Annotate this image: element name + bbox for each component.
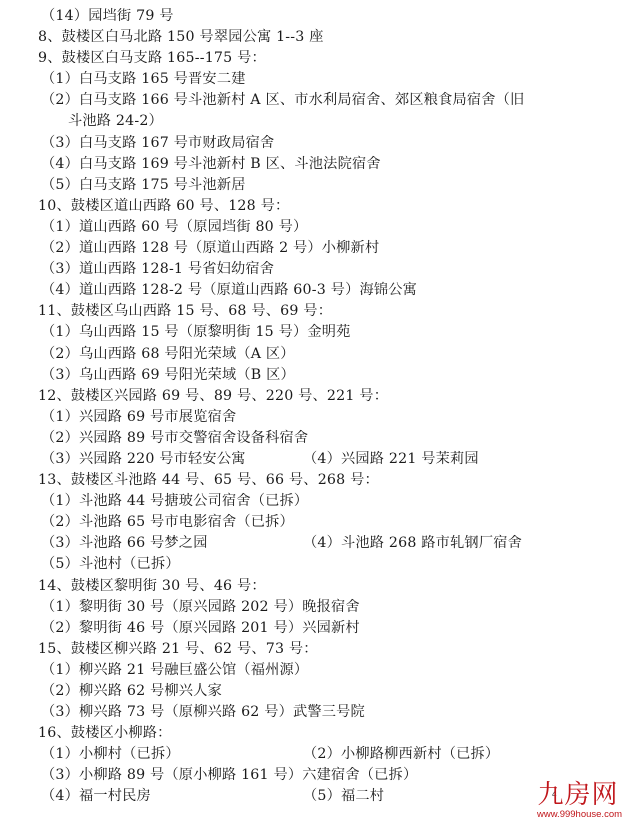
line-text: （1）兴园路 69 号市展览宿舍 xyxy=(41,409,236,425)
list-item: （3）小柳路 89 号（原小柳路 161 号）六建宿舍（已拆） xyxy=(0,765,625,786)
list-item: （1）兴园路 69 号市展览宿舍 xyxy=(0,407,625,428)
line-text: （4）白马支路 169 号斗池新村 B 区、斗池法院宿舍 xyxy=(41,156,381,172)
line-text: （3）道山西路 128-1 号省妇幼宿舍 xyxy=(41,261,274,277)
list-item: （2）柳兴路 62 号柳兴人家 xyxy=(0,681,625,702)
section-heading: 16、鼓楼区小柳路： xyxy=(0,723,625,744)
list-item: （3）斗池路 66 号梦之园（4）斗池路 268 路市轧钢厂宿舍 xyxy=(0,533,625,554)
line-text: （3）白马支路 167 号市财政局宿舍 xyxy=(41,135,274,151)
list-item: （1）道山西路 60 号（原园垱街 80 号） xyxy=(0,217,625,238)
section-heading: 14、鼓楼区黎明街 30 号、46 号： xyxy=(0,576,625,597)
list-item: （4）福一村民房（5）福二村 xyxy=(0,786,625,807)
line-text: （2）乌山西路 68 号阳光荣域（A 区） xyxy=(41,346,295,362)
list-item: （1）白马支路 165 号晋安二建 xyxy=(0,69,625,90)
line-text: （3）小柳路 89 号（原小柳路 161 号）六建宿舍（已拆） xyxy=(41,767,417,783)
list-item: （2）黎明街 46 号（原兴园路 201 号）兴园新村 xyxy=(0,618,625,639)
list-item: （2）白马支路 166 号斗池新村 A 区、市水利局宿舍、郊区粮食局宿舍（旧 xyxy=(0,90,625,111)
line-text: 12、鼓楼区兴园路 69 号、89 号、220 号、221 号： xyxy=(38,388,388,404)
list-item: （3）柳兴路 73 号（原柳兴路 62 号）武警三号院 xyxy=(0,702,625,723)
line-text: （1）白马支路 165 号晋安二建 xyxy=(41,71,246,87)
list-item: （3）道山西路 128-1 号省妇幼宿舍 xyxy=(0,259,625,280)
section-heading: 8、鼓楼区白马北路 150 号翠园公寓 1--3 座 xyxy=(0,27,625,48)
list-item: （1）黎明街 30 号（原兴园路 202 号）晚报宿舍 xyxy=(0,597,625,618)
section-heading: 9、鼓楼区白马支路 165--175 号： xyxy=(0,48,625,69)
list-item: （2）斗池路 65 号市电影宿舍（已拆） xyxy=(0,512,625,533)
list-item: （3）白马支路 167 号市财政局宿舍 xyxy=(0,133,625,154)
watermark-url: www.999house.com xyxy=(537,809,619,821)
section-heading: 11、鼓楼区乌山西路 15 号、68 号、69 号： xyxy=(0,301,625,322)
line-text: （2）白马支路 166 号斗池新村 A 区、市水利局宿舍、郊区粮食局宿舍（旧 xyxy=(41,92,524,108)
section-heading: 10、鼓楼区道山西路 60 号、128 号： xyxy=(0,196,625,217)
line-text: （5）白马支路 175 号斗池新居 xyxy=(41,177,246,193)
line-text: 13、鼓楼区斗池路 44 号、65 号、66 号、268 号： xyxy=(38,472,379,488)
line-text: （1）柳兴路 21 号融巨盛公馆（福州源） xyxy=(41,662,308,678)
list-item: （14）园垱街 79 号 xyxy=(0,6,625,27)
brand-logo-icon: 九房网 xyxy=(537,781,619,809)
list-item: （1）柳兴路 21 号融巨盛公馆（福州源） xyxy=(0,660,625,681)
section-heading: 13、鼓楼区斗池路 44 号、65 号、66 号、268 号： xyxy=(0,470,625,491)
line-text: （2）道山西路 128 号（原道山西路 2 号）小柳新村 xyxy=(41,240,379,256)
list-item: （5）白马支路 175 号斗池新居 xyxy=(0,175,625,196)
line-text: （1）小柳村（已拆） xyxy=(41,746,180,762)
line-text: （14）园垱街 79 号 xyxy=(41,8,174,24)
list-item: （5）斗池村（已拆） xyxy=(0,554,625,575)
list-item: （1）小柳村（已拆）（2）小柳路柳西新村（已拆） xyxy=(0,744,625,765)
line-text: （5）斗池村（已拆） xyxy=(41,556,180,572)
line-text: （1）乌山西路 15 号（原黎明街 15 号）金明苑 xyxy=(41,324,351,340)
list-item: （4）白马支路 169 号斗池新村 B 区、斗池法院宿舍 xyxy=(0,154,625,175)
line-text: 斗池路 24-2） xyxy=(68,113,163,129)
line-text: 14、鼓楼区黎明街 30 号、46 号： xyxy=(38,578,266,594)
watermark-logo: 九房网 www.999house.com xyxy=(537,781,619,821)
list-item: （1）斗池路 44 号搪玻公司宿舍（已拆） xyxy=(0,491,625,512)
line-text: （3）乌山西路 69 号阳光荣域（B 区） xyxy=(41,367,295,383)
list-item: （3）乌山西路 69 号阳光荣域（B 区） xyxy=(0,365,625,386)
line-text: （3）柳兴路 73 号（原柳兴路 62 号）武警三号院 xyxy=(41,704,365,720)
line-text: （1）道山西路 60 号（原园垱街 80 号） xyxy=(41,219,307,235)
line-text: 15、鼓楼区柳兴路 21 号、62 号、73 号： xyxy=(38,641,318,657)
section-heading: 15、鼓楼区柳兴路 21 号、62 号、73 号： xyxy=(0,639,625,660)
line-text: 11、鼓楼区乌山西路 15 号、68 号、69 号： xyxy=(38,303,332,319)
line-text: （1）斗池路 44 号搪玻公司宿舍（已拆） xyxy=(41,493,308,509)
list-item: （2）兴园路 89 号市交警宿舍设备科宿舍 xyxy=(0,428,625,449)
line-text: 8、鼓楼区白马北路 150 号翠园公寓 1--3 座 xyxy=(38,29,324,45)
list-item: （3）兴园路 220 号市轻安公寓（4）兴园路 221 号茉莉园 xyxy=(0,449,625,470)
line-text: 10、鼓楼区道山西路 60 号、128 号： xyxy=(38,198,289,214)
line-text: （2）兴园路 89 号市交警宿舍设备科宿舍 xyxy=(41,430,308,446)
list-item-continuation: 斗池路 24-2） xyxy=(0,111,625,132)
line-text: （2）黎明街 46 号（原兴园路 201 号）兴园新村 xyxy=(41,620,360,636)
document-body: （14）园垱街 79 号 8、鼓楼区白马北路 150 号翠园公寓 1--3 座 … xyxy=(0,6,625,808)
line-text: （2）柳兴路 62 号柳兴人家 xyxy=(41,683,222,699)
line-text: （4）福一村民房 xyxy=(41,788,151,804)
line-text: （3）兴园路 220 号市轻安公寓 xyxy=(41,451,246,467)
line-text: （2）斗池路 65 号市电影宿舍（已拆） xyxy=(41,514,294,530)
line-text-col2: （4）斗池路 268 路市轧钢厂宿舍 xyxy=(303,533,522,554)
line-text: （3）斗池路 66 号梦之园 xyxy=(41,535,208,551)
list-item: （2）道山西路 128 号（原道山西路 2 号）小柳新村 xyxy=(0,238,625,259)
line-text: 16、鼓楼区小柳路： xyxy=(38,725,172,741)
list-item: （4）道山西路 128-2 号（原道山西路 60-3 号）海锦公寓 xyxy=(0,280,625,301)
line-text-col2: （5）福二村 xyxy=(303,786,384,807)
line-text-col2: （2）小柳路柳西新村（已拆） xyxy=(303,744,499,765)
list-item: （2）乌山西路 68 号阳光荣域（A 区） xyxy=(0,344,625,365)
line-text: （4）道山西路 128-2 号（原道山西路 60-3 号）海锦公寓 xyxy=(41,282,417,298)
section-heading: 12、鼓楼区兴园路 69 号、89 号、220 号、221 号： xyxy=(0,386,625,407)
line-text: （1）黎明街 30 号（原兴园路 202 号）晚报宿舍 xyxy=(41,599,360,615)
line-text-col2: （4）兴园路 221 号茉莉园 xyxy=(303,449,479,470)
list-item: （1）乌山西路 15 号（原黎明街 15 号）金明苑 xyxy=(0,322,625,343)
line-text: 9、鼓楼区白马支路 165--175 号： xyxy=(38,50,266,66)
